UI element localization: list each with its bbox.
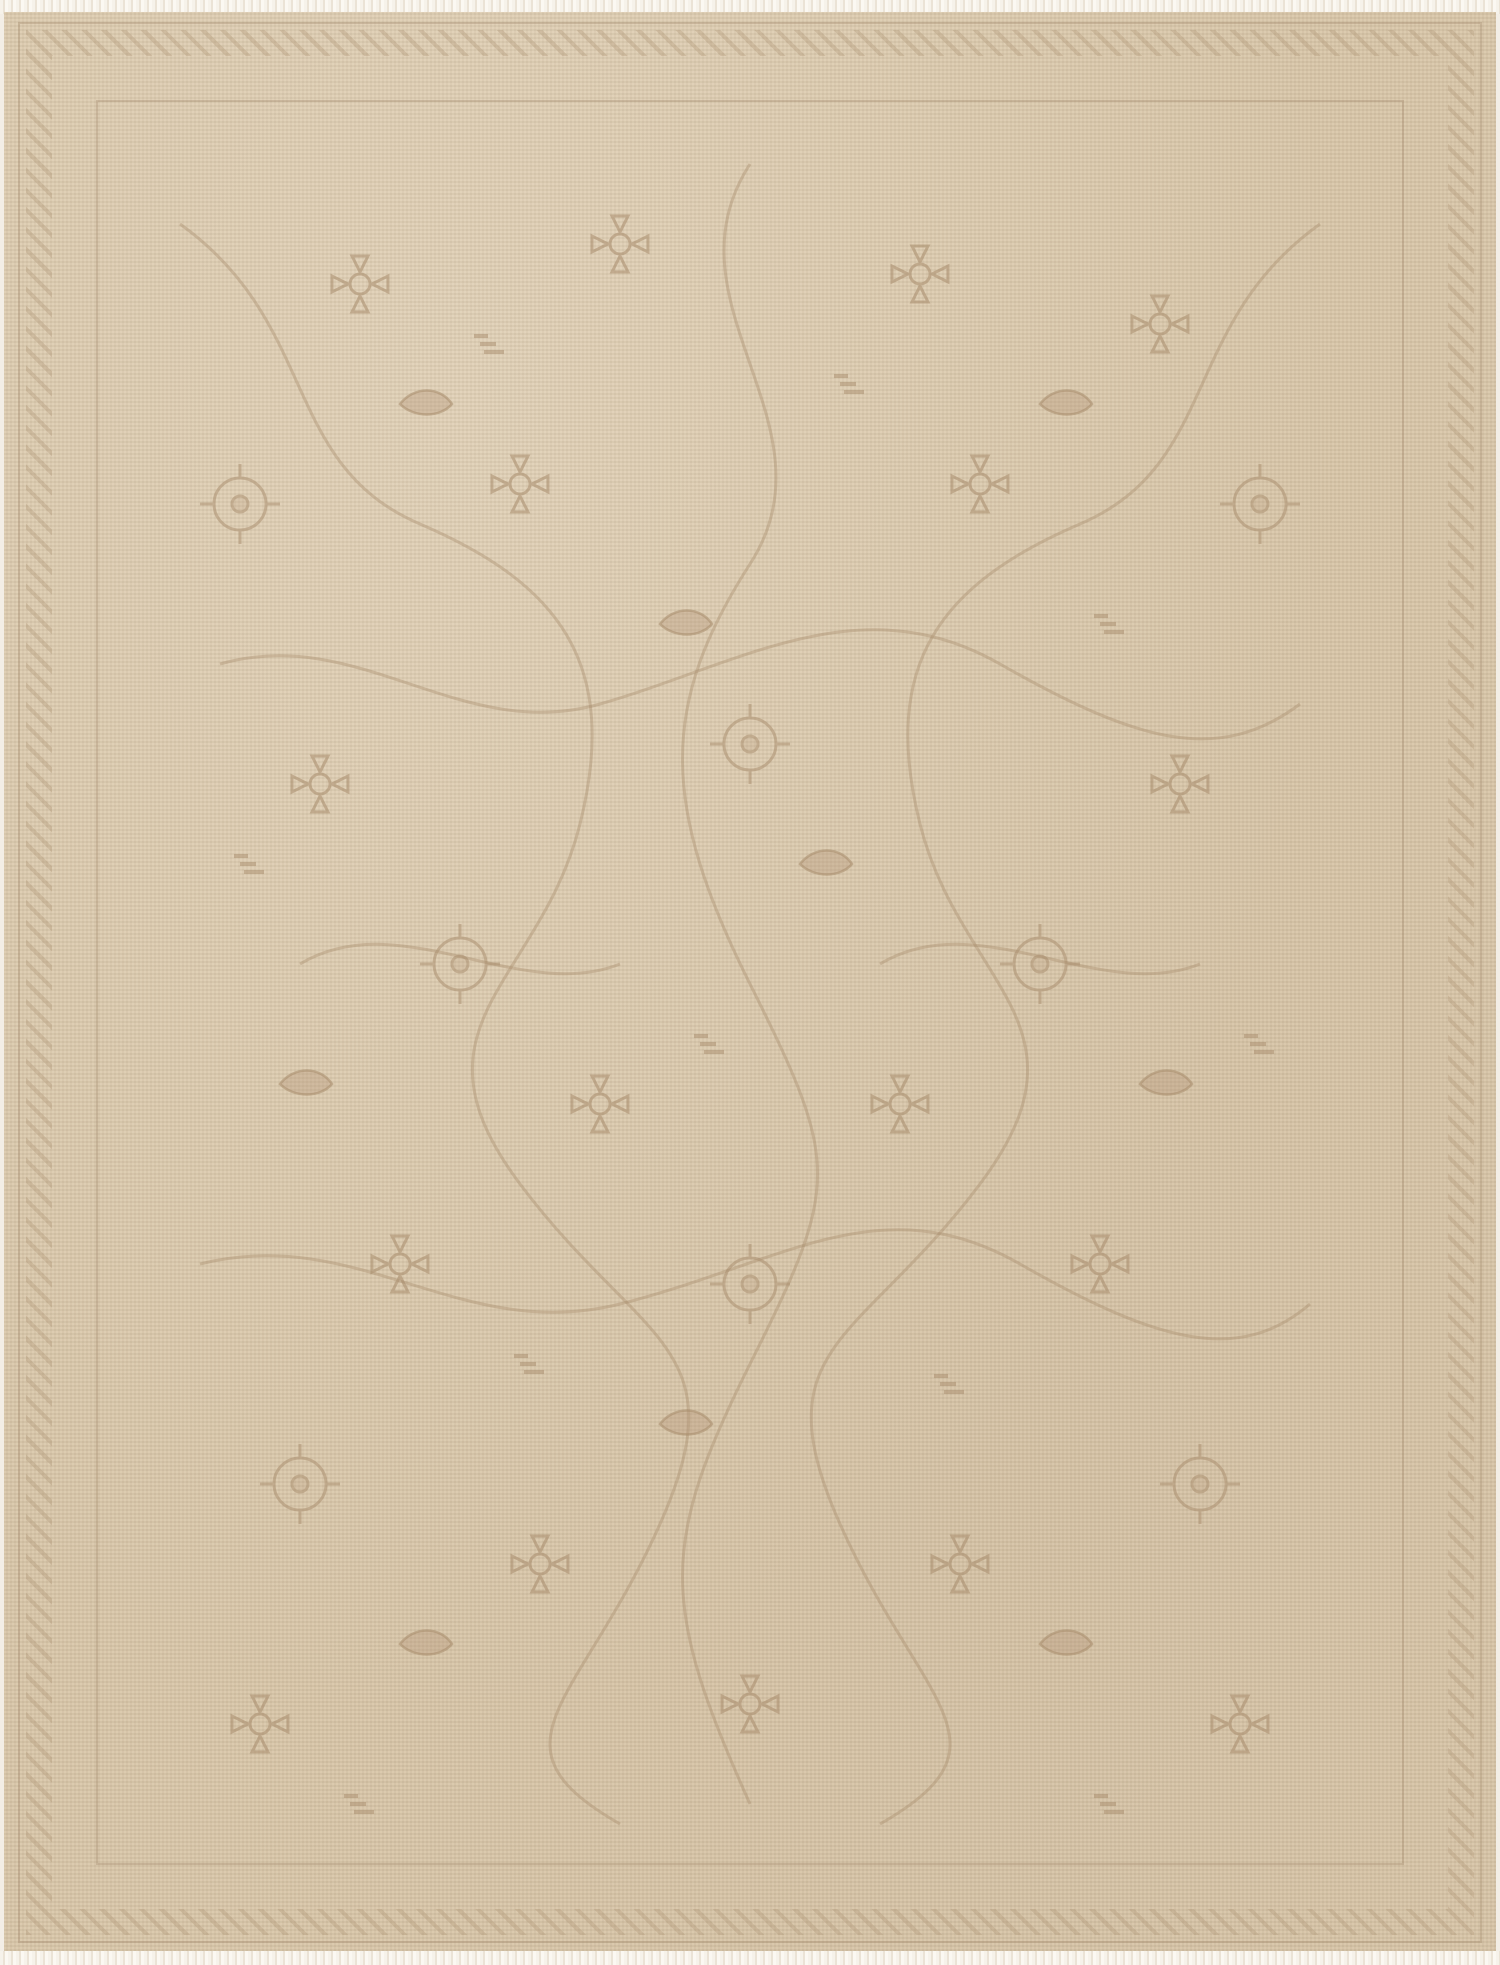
rug-fringe-bottom: [0, 1951, 1500, 1965]
floral-field-pattern: [100, 104, 1400, 1861]
rug-field: [100, 104, 1400, 1861]
rug: [4, 12, 1496, 1953]
